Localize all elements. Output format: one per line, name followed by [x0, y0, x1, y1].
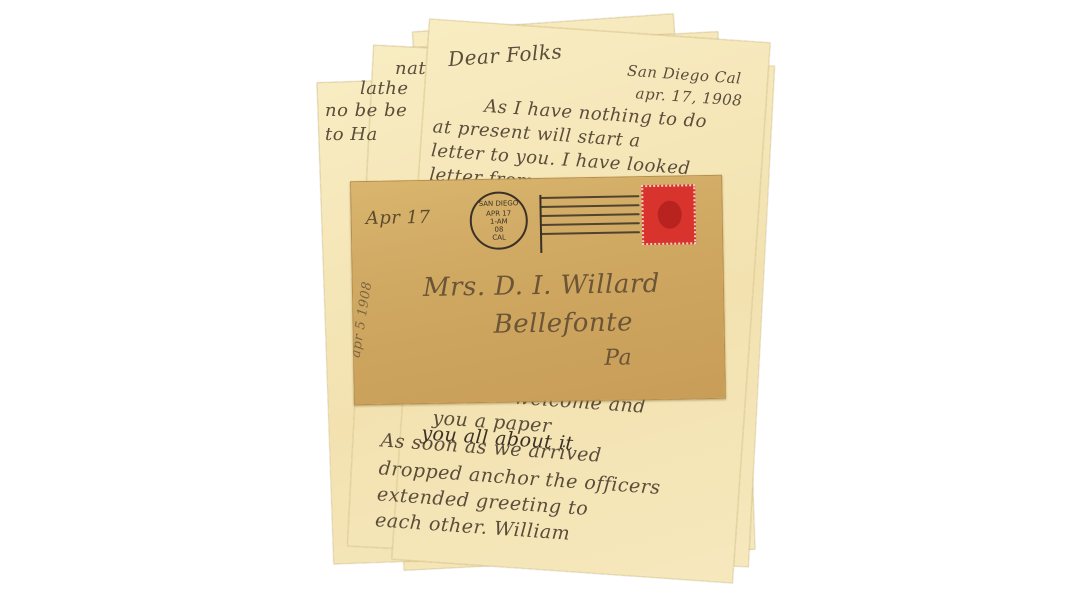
envelope-state: Pa: [604, 345, 632, 370]
letter-salutation: Dear Folks: [447, 39, 563, 71]
envelope-side-note: apr 5 1908: [349, 280, 376, 358]
envelope: Apr 17 apr 5 1908 SAN DIEGO APR 17 1-AM …: [350, 175, 726, 405]
postmark-city: SAN DIEGO: [471, 199, 525, 208]
postmark: SAN DIEGO APR 17 1-AM 08 CAL: [469, 191, 528, 250]
postmark-state: CAL: [472, 233, 526, 242]
postage-stamp: [641, 184, 696, 245]
flag-cancel-icon: [539, 195, 640, 245]
letter-date: apr. 17, 1908: [635, 84, 743, 109]
fragment-3: no be be: [325, 100, 407, 121]
envelope-corner-note: Apr 17: [366, 207, 431, 229]
envelope-addressee: Mrs. D. I. Willard: [423, 269, 660, 303]
fragment-2: lathe: [360, 78, 408, 99]
letter-place: San Diego Cal: [627, 62, 742, 88]
fragment-1: nat: [395, 58, 426, 79]
letters-photo: Dear Folks San Diego Cal apr. 17, 1908 A…: [0, 0, 1074, 600]
fragment-4: to Ha: [325, 124, 378, 145]
stamp-portrait-icon: [657, 200, 681, 228]
envelope-city: Bellefonte: [493, 307, 633, 339]
